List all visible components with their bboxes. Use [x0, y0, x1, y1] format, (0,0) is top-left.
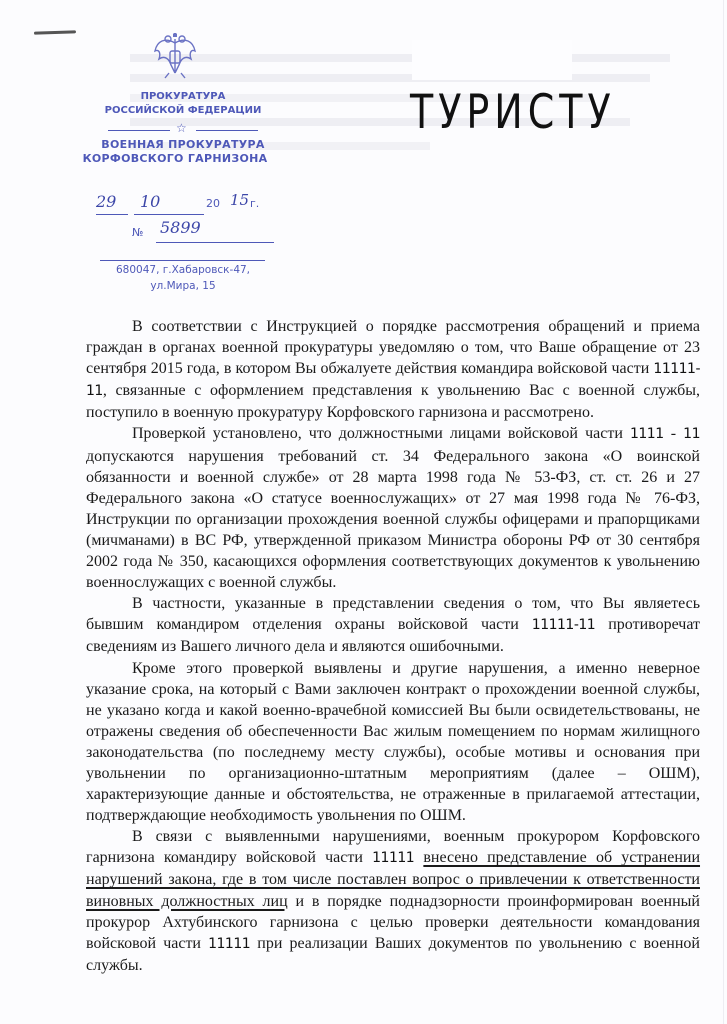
stamp-number: № 5899: [132, 222, 282, 244]
paragraph-text: допускаются нарушения требований ст. 34 …: [86, 448, 700, 592]
unit-number-handwritten: 11: [683, 426, 700, 442]
stamp-org-line-1: ПРОКУРАТУРА: [88, 91, 278, 102]
stamp-address-line-2: ул.Мира, 15: [88, 280, 278, 292]
date-day-handwritten: 29: [96, 192, 116, 211]
staple-mark: [34, 30, 76, 34]
paragraph-1: В соответствии с Инструкцией о порядке р…: [86, 316, 700, 423]
paragraph-text: Проверкой установлено, что должностными …: [132, 425, 630, 442]
stamp-address-line-1: 680047, г.Хабаровск-47,: [88, 264, 278, 276]
paragraph-text: Кроме этого проверкой выявлены и другие …: [86, 660, 700, 825]
number-value-handwritten: 5899: [160, 218, 201, 237]
unit-number-handwritten: 11111: [372, 850, 414, 866]
date-year-handwritten: 15: [230, 191, 249, 209]
number-label: №: [132, 226, 143, 239]
star-icon: ☆: [176, 121, 187, 135]
addressee-handwritten: ТУРИСТУ: [410, 84, 616, 139]
date-month-handwritten: 10: [140, 192, 160, 211]
date-year-suffix: г.: [250, 197, 259, 210]
unit-number-handwritten: 1111: [630, 426, 664, 442]
stamp-separator: ☆: [108, 124, 258, 136]
redaction-patch: [412, 40, 572, 80]
unit-number-handwritten: 11111: [208, 936, 250, 952]
stamp-org-line-4: КОРФОВСКОГО ГАРНИЗОНА: [80, 152, 270, 165]
paragraph-text: , связанные с оформлением представления …: [86, 382, 700, 421]
paragraph-3: В частности, указанные в представлении с…: [86, 593, 700, 657]
paragraph-4: Кроме этого проверкой выявлены и другие …: [86, 658, 700, 827]
paragraph-text: В соответствии с Инструкцией о порядке р…: [86, 318, 700, 377]
date-year-prefix: 20: [206, 197, 220, 210]
paragraph-text: -: [664, 425, 684, 442]
paragraph-5: В связи с выявленными нарушениями, военн…: [86, 826, 700, 976]
double-headed-eagle-icon: [151, 33, 199, 79]
unit-number-handwritten: 11111-11: [532, 617, 595, 633]
scanned-document-page: ПРОКУРАТУРА РОССИЙСКОЙ ФЕДЕРАЦИИ ☆ ВОЕНН…: [0, 0, 727, 1024]
stamp-address-divider: [100, 260, 265, 261]
stamp-org-line-2: РОССИЙСКОЙ ФЕДЕРАЦИИ: [88, 105, 278, 116]
stamp-org-line-3: ВОЕННАЯ ПРОКУРАТУРА: [88, 138, 278, 151]
letter-body: В соответствии с Инструкцией о порядке р…: [86, 316, 700, 976]
page-edge: [723, 0, 724, 1024]
stamp-date: 29 10 20 15 г.: [96, 195, 286, 217]
paragraph-2: Проверкой установлено, что должностными …: [86, 423, 700, 593]
